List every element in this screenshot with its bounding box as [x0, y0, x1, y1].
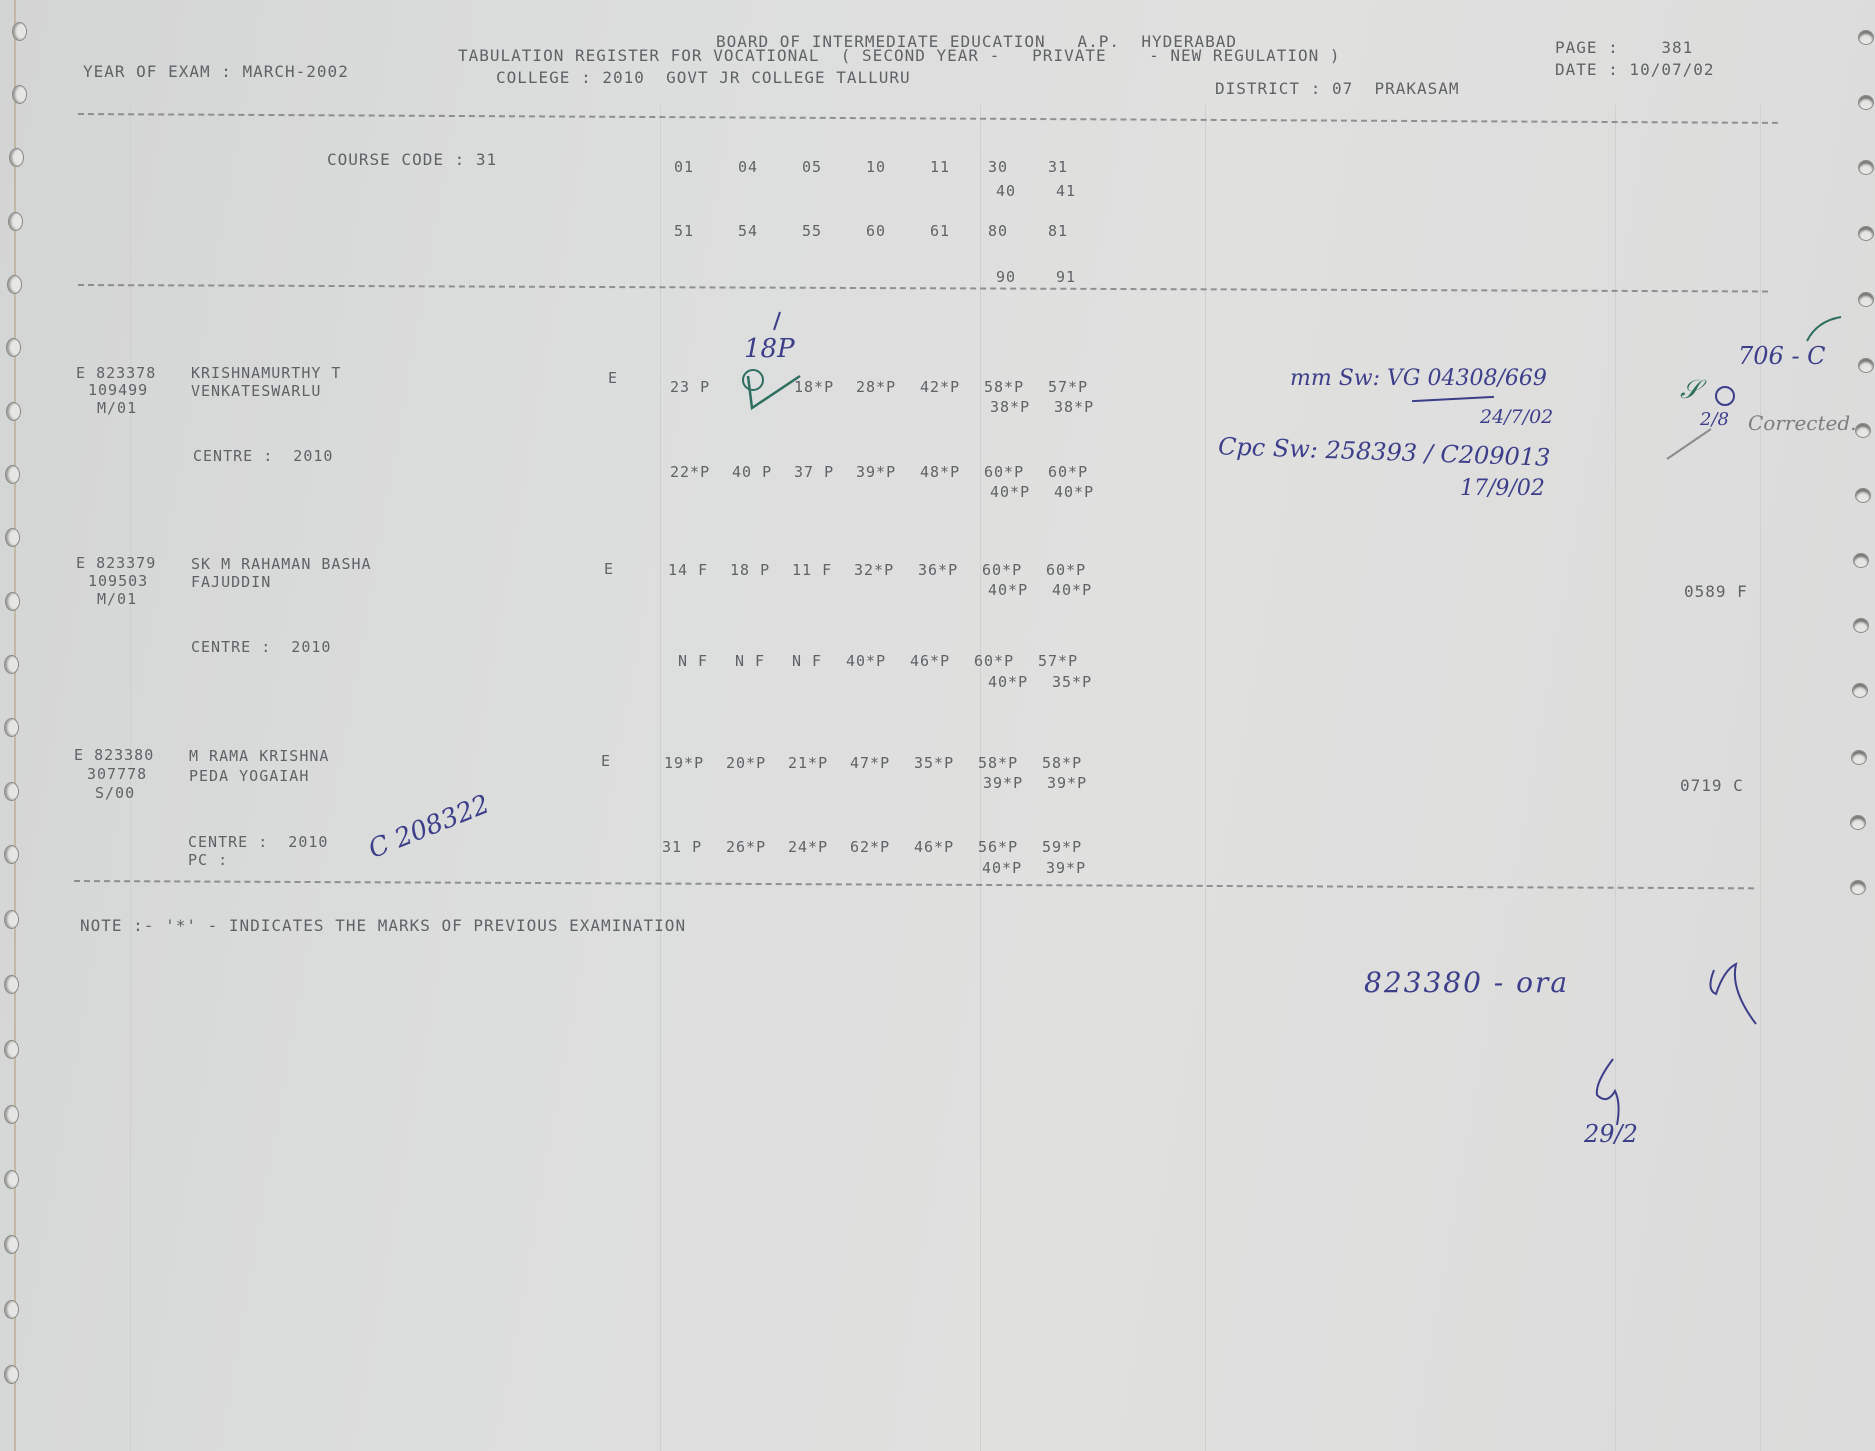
sprocket-hole — [4, 845, 19, 864]
handwritten-total: 706 - C — [1738, 342, 1826, 370]
college-line: COLLEGE : 2010 GOVT JR COLLEGE TALLURU — [496, 68, 911, 87]
subject-codes-row-2: 51 54 55 60 61 80 81 — [674, 222, 1108, 240]
sprocket-hole — [1858, 226, 1874, 241]
footer-note: NOTE :- '*' - INDICATES THE MARKS OF PRE… — [80, 916, 686, 935]
sprocket-hole — [1858, 95, 1874, 110]
result-total: 0719 C — [1680, 776, 1744, 795]
result-total: 0589 F — [1684, 582, 1748, 601]
second-year-marks: 31 P 26*P 24*P 62*P 46*P 56*P 59*P — [662, 838, 1106, 856]
sex-code: M/01 — [97, 399, 137, 417]
reg-number: 109499 — [88, 381, 148, 399]
first-year-marks: 23 P 18*P 28*P 42*P 58*P 57*P — [670, 378, 1112, 396]
sprocket-hole — [1858, 358, 1874, 373]
medium: E — [608, 369, 618, 387]
sprocket-hole — [4, 975, 19, 994]
first-year-marks: 14 F 18 P 11 F 32*P 36*P 60*P 60*P — [668, 561, 1110, 579]
centre: CENTRE : 2010 — [188, 833, 328, 851]
first-year-marks-b: 38*P 38*P — [990, 398, 1118, 416]
subject-codes-row-1b: 40 41 — [996, 182, 1116, 200]
father-name: FAJUDDIN — [191, 573, 271, 591]
sprocket-hole — [4, 1105, 19, 1124]
sprocket-hole — [1858, 30, 1874, 45]
report-date: DATE : 10/07/02 — [1555, 60, 1715, 79]
student-name: KRISHNAMURTHY T — [191, 364, 341, 382]
reg-number: 307778 — [87, 765, 147, 783]
course-divider — [78, 284, 1768, 292]
sprocket-hole — [4, 1365, 19, 1384]
hall-ticket: E 823380 — [74, 746, 154, 764]
sprocket-hole — [1851, 750, 1867, 765]
handwritten-cpc-date: 17/9/02 — [1460, 476, 1545, 501]
sprocket-hole — [1853, 618, 1869, 633]
subject-codes-row-2b: 90 91 — [996, 268, 1116, 286]
pc-label: PC : — [188, 851, 228, 869]
father-name: PEDA YOGAIAH — [189, 767, 309, 785]
pen-stroke — [770, 310, 784, 334]
underline — [1412, 396, 1494, 402]
second-year-marks-b: 40*P 39*P — [982, 859, 1110, 877]
sprocket-hole — [4, 655, 19, 674]
register-title: TABULATION REGISTER FOR VOCATIONAL ( SEC… — [458, 46, 1341, 65]
records-divider — [74, 880, 1754, 889]
sprocket-hole — [12, 85, 27, 104]
handwritten-bottom-ref: 823380 - ora — [1364, 966, 1569, 999]
sprocket-hole — [6, 338, 21, 357]
pen-stroke — [1805, 315, 1845, 345]
year-of-exam: YEAR OF EXAM : MARCH-2002 — [83, 62, 349, 81]
sprocket-hole — [4, 782, 19, 801]
sprocket-hole — [1858, 160, 1874, 175]
centre: CENTRE : 2010 — [193, 447, 333, 465]
centre: CENTRE : 2010 — [191, 638, 331, 656]
sprocket-hole — [4, 1235, 19, 1254]
father-name: VENKATESWARLU — [191, 382, 321, 400]
sprocket-hole — [4, 910, 19, 929]
district-line: DISTRICT : 07 PRAKASAM — [1215, 79, 1460, 98]
hall-ticket: E 823379 — [76, 554, 156, 572]
handwritten-initials: 𝒮 — [1680, 375, 1700, 406]
subject-codes-row-1: 01 04 05 10 11 30 31 — [674, 158, 1108, 176]
second-year-marks-b: 40*P 35*P — [988, 673, 1116, 691]
sprocket-hole — [4, 1170, 19, 1189]
sprocket-hole — [1850, 815, 1866, 830]
course-code: COURSE CODE : 31 — [327, 150, 497, 169]
sprocket-hole — [4, 718, 19, 737]
reg-number: 109503 — [88, 572, 148, 590]
medium: E — [604, 560, 614, 578]
handwritten-cpc-sw: Cpc Sw: 258393 / C209013 — [1218, 432, 1551, 472]
handwritten-mm-sw: mm Sw: VG 04308/669 — [1290, 366, 1547, 391]
form-rule — [1760, 105, 1761, 1451]
hall-ticket: E 823378 — [76, 364, 156, 382]
sprocket-hole — [6, 402, 21, 421]
form-rule — [1615, 105, 1616, 1451]
sprocket-hole — [1855, 488, 1871, 503]
student-name: M RAMA KRISHNA — [189, 747, 329, 765]
sprocket-hole — [4, 1040, 19, 1059]
sprocket-hole — [4, 1300, 19, 1319]
form-rule — [1205, 105, 1206, 1451]
sprocket-hole — [5, 465, 20, 484]
handwritten-mm-date: 24/7/02 — [1480, 406, 1553, 428]
handwritten-corrected: Corrected. — [1748, 411, 1857, 435]
sprocket-hole — [8, 212, 23, 231]
form-rule — [980, 105, 981, 1451]
handwritten-bottom-date: 29/2 — [1584, 1120, 1638, 1148]
page-number: PAGE : 381 — [1555, 38, 1693, 57]
sprocket-hole — [9, 148, 24, 167]
first-year-marks-b: 40*P 40*P — [988, 581, 1116, 599]
sprocket-hole — [7, 275, 22, 294]
header-divider — [78, 113, 1778, 124]
initials-circle — [1715, 386, 1735, 406]
first-year-marks-b: 39*P 39*P — [983, 774, 1111, 792]
sprocket-hole — [1850, 880, 1866, 895]
sprocket-hole — [5, 592, 20, 611]
check-mark-icon — [1665, 425, 1715, 465]
signature-icon — [1700, 950, 1760, 1030]
second-year-marks: 22*P 40 P 37 P 39*P 48*P 60*P 60*P — [670, 463, 1112, 481]
sprocket-hole — [1858, 292, 1874, 307]
student-name: SK M RAHAMAN BASHA — [191, 555, 372, 573]
signature-icon — [1585, 1055, 1635, 1130]
first-year-marks: 19*P 20*P 21*P 47*P 35*P 58*P 58*P — [664, 754, 1106, 772]
form-rule — [660, 105, 661, 1451]
sprocket-hole — [12, 22, 27, 41]
sprocket-hole — [5, 528, 20, 547]
handwritten-correction: 18P — [744, 334, 795, 364]
sex-code: M/01 — [97, 590, 137, 608]
second-year-marks: N F N F N F 40*P 46*P 60*P 57*P — [678, 652, 1102, 670]
check-mark-icon — [740, 368, 810, 413]
medium: E — [601, 752, 611, 770]
second-year-marks-b: 40*P 40*P — [990, 483, 1118, 501]
sex-code: S/00 — [95, 784, 135, 802]
sprocket-hole — [1852, 683, 1868, 698]
handwritten-pc-number: C 208322 — [364, 789, 493, 865]
sprocket-hole — [1855, 423, 1871, 438]
sprocket-hole — [1853, 553, 1869, 568]
